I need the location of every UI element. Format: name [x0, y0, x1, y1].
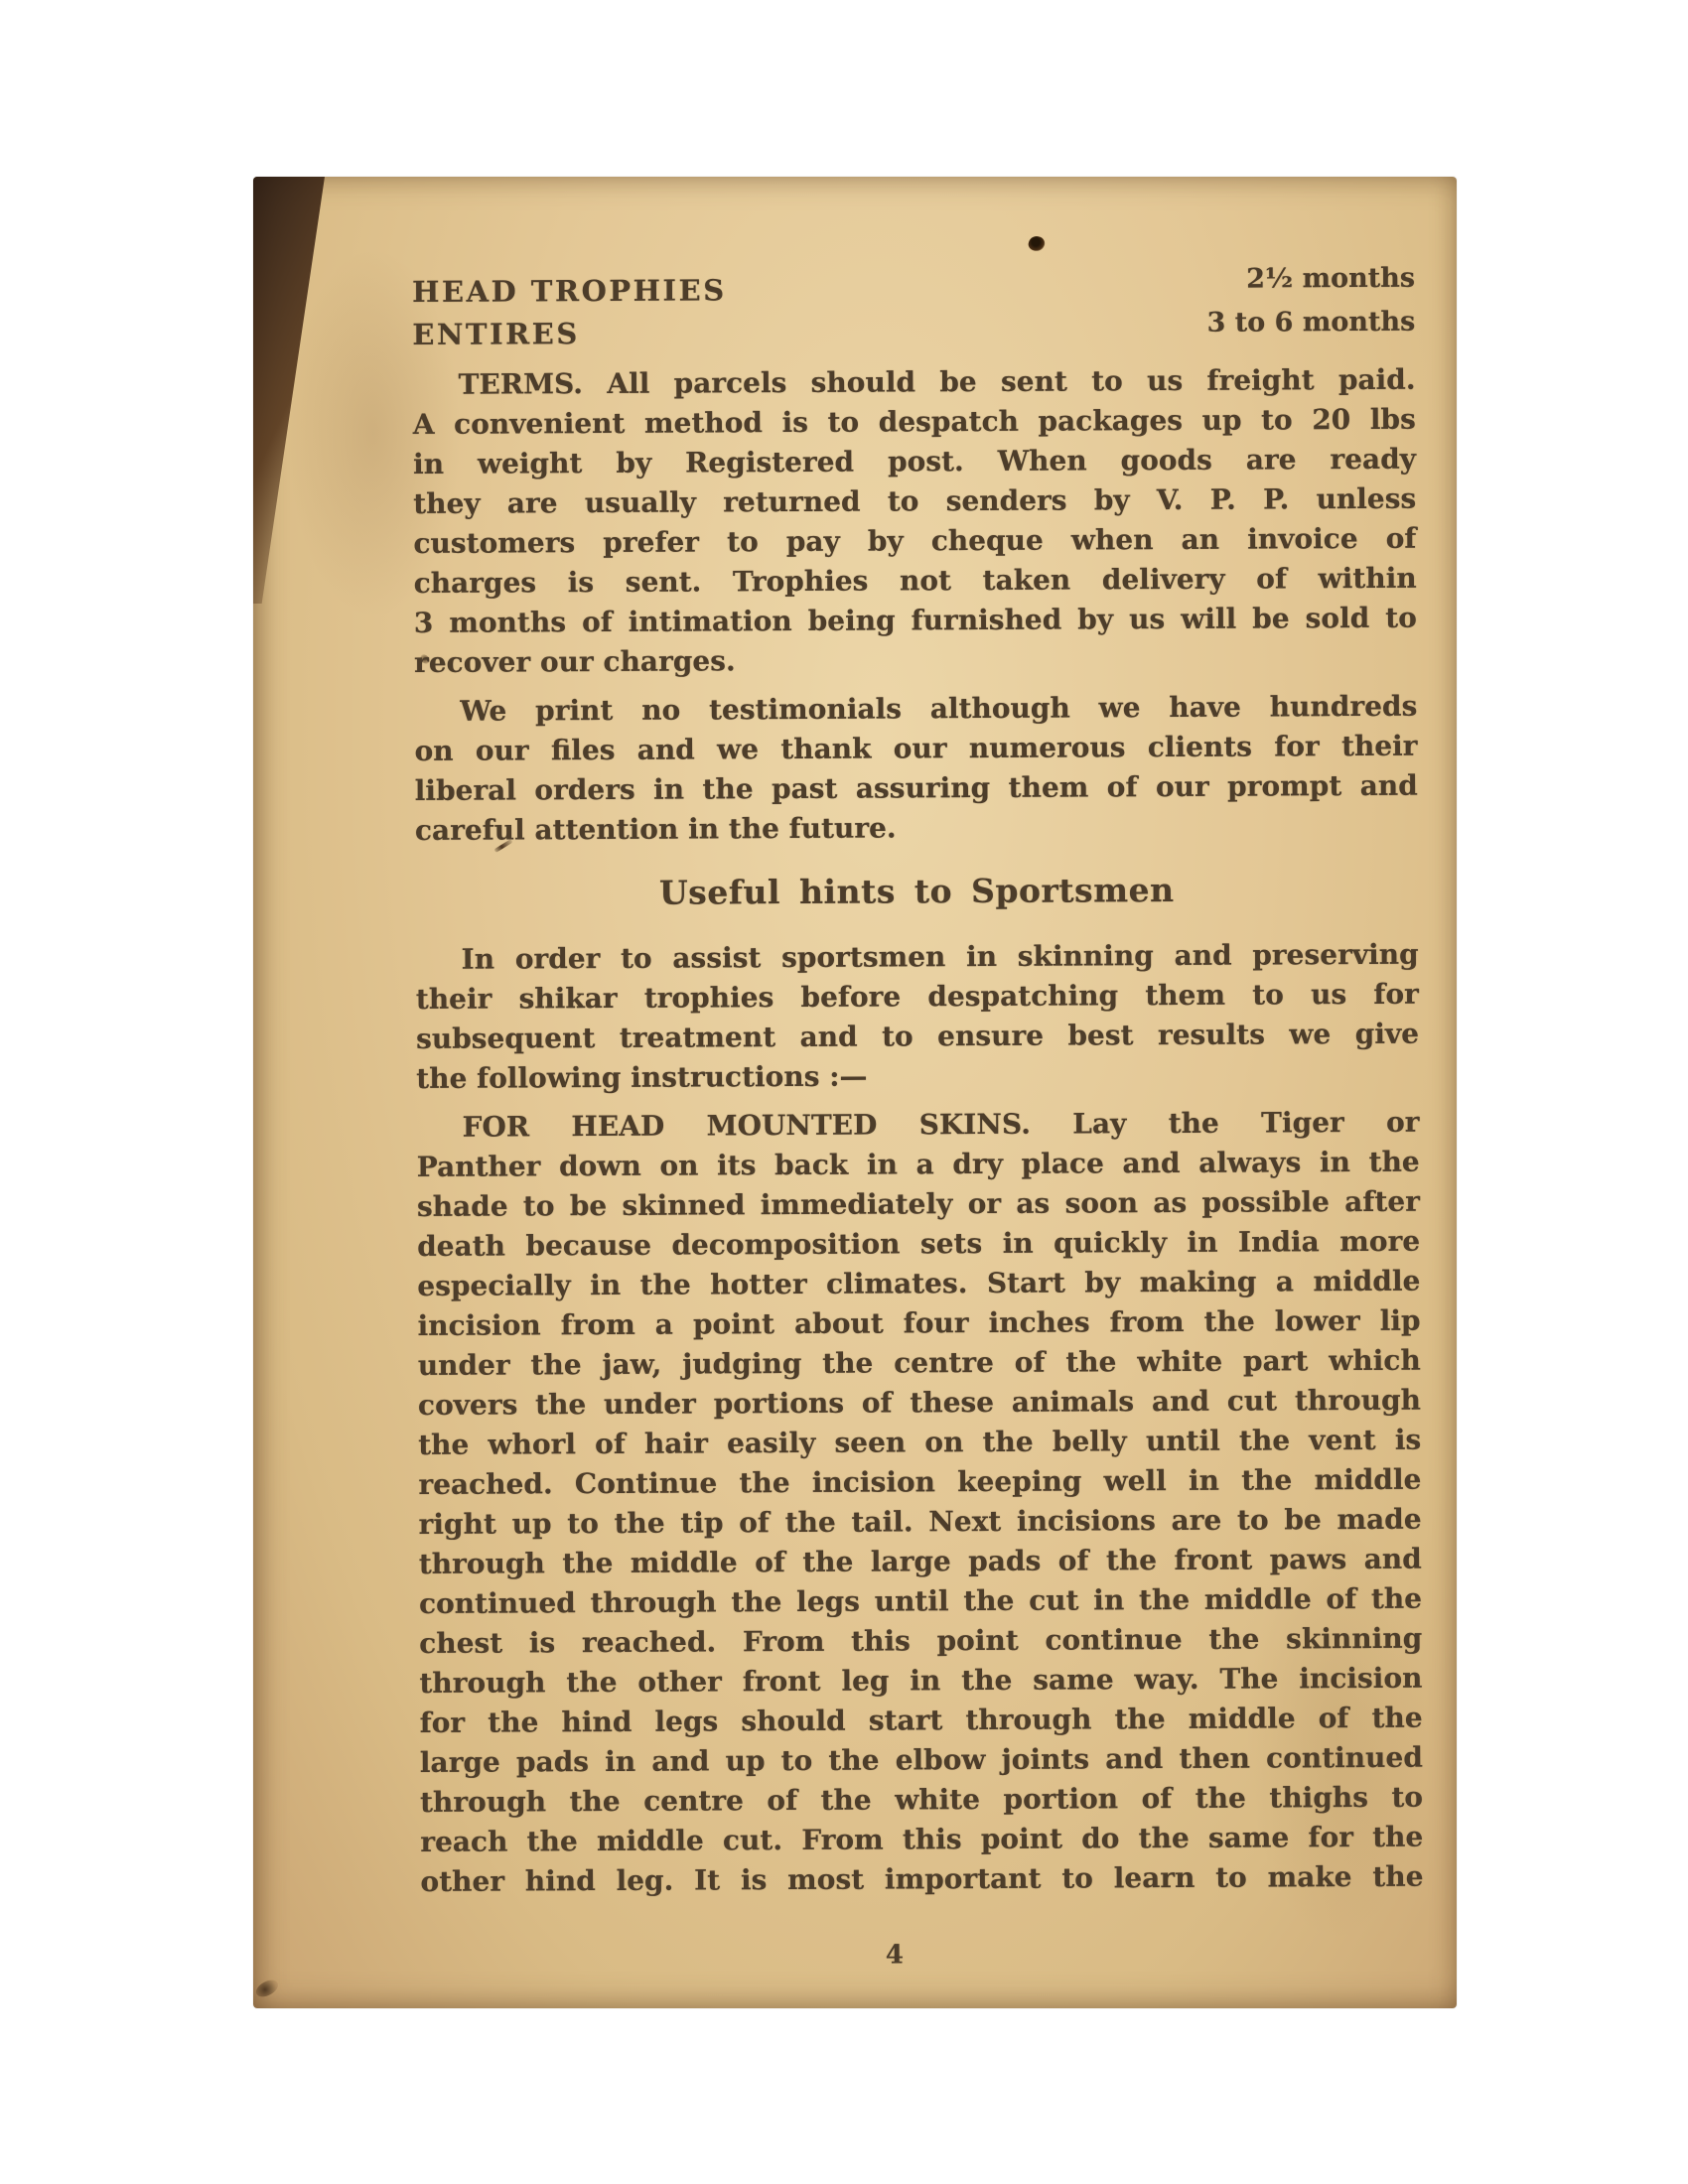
- trophy-type-list: HEAD TROPHIESENTIRES: [412, 269, 727, 356]
- section-heading: Useful hints to Sportsmen: [415, 870, 1418, 914]
- text-line: 3 months of intimation being furnished b…: [414, 599, 1417, 643]
- text-line: under the jaw, judging the centre of the…: [418, 1341, 1421, 1386]
- text-line: for the hind legs should start through t…: [420, 1699, 1423, 1743]
- text-line: careful attention in the future.: [415, 806, 1418, 851]
- text-line: right up to the tip of the tail. Next in…: [419, 1500, 1422, 1545]
- text-line: covers the under portions of these anima…: [418, 1381, 1421, 1426]
- page-header: HEAD TROPHIESENTIRES 2½ months3 to 6 mon…: [412, 266, 1415, 356]
- page-number: 4: [393, 1933, 1396, 1978]
- text-line: through the middle of the large pads of …: [419, 1540, 1422, 1584]
- text-line: they are usually returned to senders by …: [413, 479, 1416, 524]
- page-edge-shadow: [253, 177, 325, 604]
- text-line: liberal orders in the past assuring them…: [415, 766, 1418, 811]
- text-line: charges is sent. Trophies not taken deli…: [414, 559, 1417, 604]
- testimonials-paragraph: We print no testimonials although we hav…: [414, 687, 1418, 851]
- text-line: Panther down on its back in a dry place …: [417, 1143, 1420, 1187]
- text-line: In order to assist sportsmen in skinning…: [416, 935, 1419, 980]
- header-line: 2½ months: [1206, 257, 1415, 302]
- text-line: TERMS. All parcels should be sent to us …: [412, 360, 1415, 405]
- text-line: through the other front leg in the same …: [419, 1659, 1422, 1704]
- text-line: subsequent treatment and to ensure best …: [416, 1015, 1419, 1059]
- page-content: HEAD TROPHIESENTIRES 2½ months3 to 6 mon…: [412, 266, 1424, 1978]
- intro-paragraph: In order to assist sportsmen in skinning…: [416, 935, 1420, 1099]
- text-line: especially in the hotter climates. Start…: [417, 1262, 1420, 1306]
- text-line: recover our charges.: [414, 638, 1417, 683]
- text-line: the whorl of hair easily seen on the bel…: [418, 1421, 1421, 1465]
- completion-time-list: 2½ months3 to 6 months: [1206, 257, 1415, 345]
- text-line: reach the middle cut. From this point do…: [420, 1818, 1423, 1862]
- text-line: shade to be skinned immediately or as so…: [417, 1182, 1420, 1227]
- text-line: reached. Continue the incision keeping w…: [418, 1460, 1421, 1505]
- text-line: chest is reached. From this point contin…: [419, 1619, 1422, 1664]
- text-line: in weight by Registered post. When goods…: [413, 440, 1416, 484]
- text-line: continued through the legs until the cut…: [419, 1579, 1422, 1624]
- terms-paragraph: TERMS. All parcels should be sent to us …: [412, 360, 1417, 683]
- header-line: HEAD TROPHIES: [412, 269, 727, 314]
- skinning-instructions-paragraph: FOR HEAD MOUNTED SKINS. Lay the Tiger or…: [416, 1103, 1423, 1902]
- text-line: death because decomposition sets in quic…: [417, 1222, 1420, 1267]
- text-line: A convenient method is to despatch packa…: [413, 400, 1416, 445]
- text-line: on our files and we thank our numerous c…: [414, 727, 1417, 771]
- header-line: 3 to 6 months: [1206, 301, 1415, 345]
- text-line: incision from a point about four inches …: [417, 1301, 1420, 1346]
- book-page: HEAD TROPHIESENTIRES 2½ months3 to 6 mon…: [253, 177, 1457, 2008]
- text-line: the following instructions :—: [416, 1054, 1419, 1099]
- corner-smudge: [253, 1977, 281, 2000]
- text-line: customers prefer to pay by cheque when a…: [413, 519, 1416, 564]
- text-line: through the centre of the white portion …: [420, 1778, 1423, 1823]
- text-line: FOR HEAD MOUNTED SKINS. Lay the Tiger or: [416, 1103, 1419, 1148]
- ink-blot: [1027, 234, 1047, 253]
- text-line: other hind leg. It is most important to …: [420, 1857, 1423, 1902]
- text-line: We print no testimonials although we hav…: [414, 687, 1417, 732]
- scanned-photo-canvas: HEAD TROPHIESENTIRES 2½ months3 to 6 mon…: [0, 0, 1688, 2184]
- header-line: ENTIRES: [412, 312, 727, 356]
- text-line: their shikar trophies before despatching…: [416, 975, 1419, 1020]
- text-line: large pads in and up to the elbow joints…: [420, 1738, 1423, 1783]
